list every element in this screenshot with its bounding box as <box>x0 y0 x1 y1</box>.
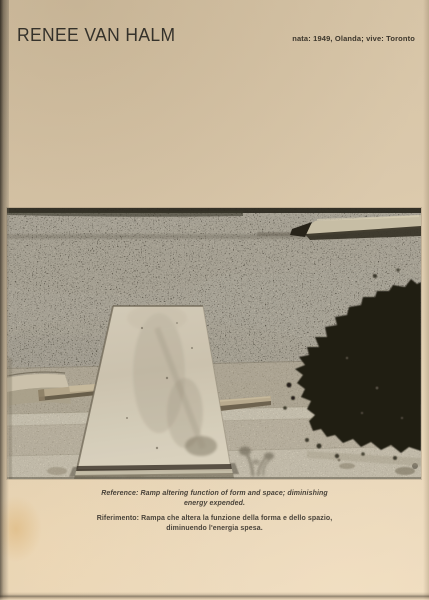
caption-english-line1: Reference: Ramp altering function of for… <box>0 489 429 499</box>
artwork-photo <box>7 208 421 479</box>
artist-bio: nata: 1949, Olanda; vive: Toronto <box>292 34 415 43</box>
page-header: RENEE VAN HALM nata: 1949, Olanda; vive:… <box>17 25 415 46</box>
catalog-page: RENEE VAN HALM nata: 1949, Olanda; vive:… <box>0 0 429 600</box>
sepia-tint <box>7 208 421 479</box>
binding-shadow <box>0 0 9 600</box>
caption-italian: Riferimento: Rampa che altera la funzion… <box>0 514 429 533</box>
artist-name: RENEE VAN HALM <box>17 25 175 46</box>
caption-italian-line2: diminuendo l'energia spesa. <box>0 524 429 534</box>
artwork-photo-image <box>7 208 421 479</box>
page-right-edge <box>423 0 429 600</box>
caption-english-line2: energy expended. <box>0 499 429 509</box>
caption-english: Reference: Ramp altering function of for… <box>0 489 429 508</box>
page-bottom-edge <box>0 592 429 600</box>
caption-italian-line1: Riferimento: Rampa che altera la funzion… <box>0 514 429 524</box>
